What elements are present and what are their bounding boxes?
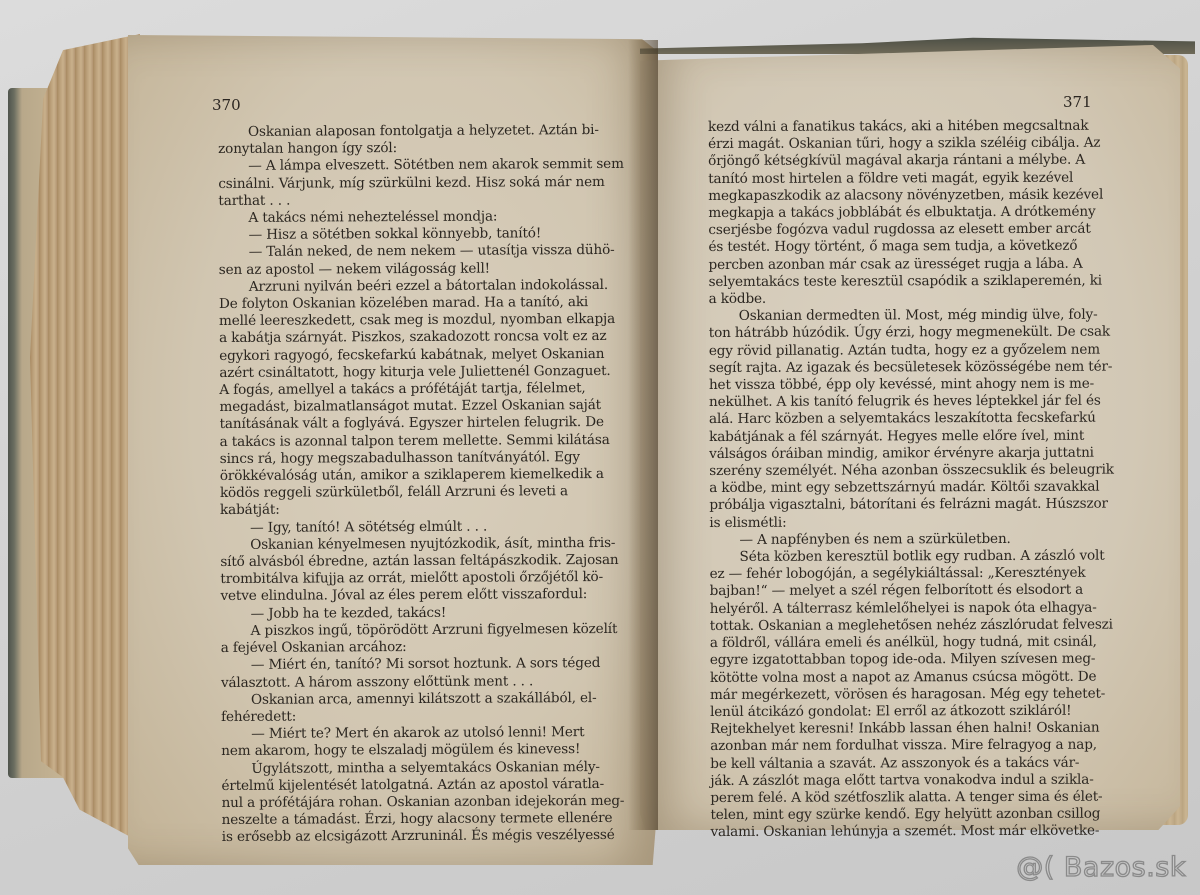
text-line: A takács némi neheztelés­sel mondja: [218,208,638,227]
text-line: — Talán neked, de nem nekem — utasítja v… [219,242,639,261]
text-line: és testét. Hogy történt, ő maga sem tudj… [708,238,1100,257]
text-line: megkapaszkodik az alacsony növényzetben,… [708,186,1100,205]
text-line: Oskanian kényelmesen nyujtózkodik, ásít,… [220,535,640,554]
text-line: kabátjának a fél szárnyát. Hegyes melle … [709,427,1101,446]
text-line: lenül átcikázó gondolat: El erről az átk… [710,703,1102,722]
text-line: selyemtakács teste keresztül csapódik a … [709,272,1101,291]
text-line: a ködbe, mint egy sebzettszárnyú madár. … [709,479,1101,498]
text-line: vetve elindulna. Jóval az éles perem elő… [220,586,640,605]
text-line: sítő alvásból ébredne, aztán lassan felt… [220,552,640,571]
text-line: tottak. Oskanian a meglehetősen nehéz zá… [710,617,1102,636]
text-line: a ködbe. [709,290,1101,309]
text-line: egyre izgatottabban topog ide-oda. Milye… [710,651,1102,670]
text-line: érzi magát. Oskanian tűri, hogy a szikla… [708,135,1100,154]
text-line: neszelte a támadást. Érzi, hogy alacsony… [222,810,642,829]
bazos-watermark: @( Bazos.sk [1016,852,1186,883]
text-line: — A napfényben és nem a szürkületben. [709,531,1101,550]
text-line: percben azonban már csak az ürességet ru… [708,255,1100,274]
text-line: ton hátrább húzódik. Úgy érzi, hogy megm… [709,324,1101,343]
text-line: a kabátja szárnyát. Piszkos, szakadozott… [219,328,639,347]
text-line: azért csináltatott, hogy kiturja vele Ju… [219,363,639,382]
open-book-photo: 370 371 Oskanian alaposan fontolgatja a … [0,0,1200,895]
text-line: tanításának vált a foglyává. Egyszer hir… [220,414,640,433]
text-line: próbálja vigasztalni, bátorítani és felr… [709,496,1101,515]
text-line: valami. Oskanian lehúnyja a szemét. Most… [710,823,1102,842]
text-line: kötötte volna most a napot az Amanus csú… [710,668,1102,687]
text-line: fehéredett: [221,707,641,726]
text-line: a fejével Oskanian arcához: [221,638,641,657]
text-line: be kell váltania a szavát. Az asszonyok … [710,754,1102,773]
text-line: — A lámpa elveszett. Sötétben nem akarok… [218,156,638,175]
text-line: csinálni. Várjunk, míg szürkülni kezd. H… [218,173,638,192]
text-line: sincs rá, hogy megszabadulhasson tanítvá… [220,449,640,468]
text-line: bajban!“ — melyet a szél régen felboríto… [710,582,1102,601]
text-line: a takács is azonnal talpon terem mellett… [220,431,640,450]
text-line: is erősebb az elcsigázott Arzruninál. És… [222,827,642,846]
text-line: — Jobb ha te kezded, takács! [221,603,641,622]
text-line: megadást, bizalmatlanságot mutat. Ezzel … [219,397,639,416]
text-line: Séta közben keresztül botlik egy rudban.… [710,548,1102,567]
text-line: kabátját: [220,500,640,519]
right-page-number: 371 [1063,93,1092,111]
text-line: Úgylátszott, mintha a selyemtakács Oskan… [221,758,641,777]
text-line: trombitálva kifujja az orrát, mielőtt ap… [220,569,640,588]
text-line: Oskanian alaposan fontolgatja a helyzete… [218,122,638,141]
text-line: örökkévalóság után, amikor a sziklaperem… [220,466,640,485]
text-line: — Igy, tanító! A sötétség elmúlt . . . [220,517,640,536]
text-line: ködös reggeli szürkületből, feláll Arzru… [220,483,640,502]
text-line: A piszkos ingű, töpörödött Arzruni figye… [221,621,641,640]
text-line: tarthat . . . [218,191,638,210]
text-line: választott. A három asszony előttünk men… [221,672,641,691]
text-line: azonban már nem fordulhat vissza. Mire f… [710,737,1102,756]
text-line: szerény személyét. Néha azonban összecsu… [709,462,1101,481]
text-line: De folyton Oskanian közelében marad. Ha … [219,294,639,313]
text-line: Arzruni nyilván beéri ezzel a bátortalan… [219,277,639,296]
text-line: mellé leereszkedett, csak meg is mozdul,… [219,311,639,330]
text-line: kezd válni a fanatikus takács, aki a hit… [708,118,1100,137]
text-line: zonytalan hangon így szól: [218,139,638,158]
text-line: a földről, vállára emeli és anélkül, hog… [710,634,1102,653]
text-line: értelmű kijelentését latolgatná. Aztán a… [221,776,641,795]
text-line: válságos óráiban mindig, amikor érvényre… [709,444,1101,463]
text-line: Oskanian dermedten ül. Most, még mindig … [709,307,1101,326]
left-page-stack [30,34,140,842]
text-line: megkapja a takács jobblábát és elbuktatj… [708,204,1100,223]
text-line: ják. A zászlót maga előtt tartva vonakod… [710,771,1102,790]
left-page-number: 370 [212,96,241,114]
right-page-text: kezd válni a fanatikus takács, aki a hit… [708,118,1103,842]
text-line: telen, mint egy szürke kendő. Egy helyüt… [710,806,1102,825]
text-line: őrjöngő kétségkívül magával akarja ránta… [708,152,1100,171]
text-line: egykori ragyogó, fecskefarkú kabátnak, m… [219,345,639,364]
text-line: het vissza többé, épp oly kevéssé, mint … [709,376,1101,395]
text-line: cserjésbe fogózva vadul rugdossa az eles… [708,221,1100,240]
text-line: már megérkezett, vörösen és haragosan. M… [710,685,1102,704]
text-line: nekülhet. A kis tanító felugrik és heves… [709,393,1101,412]
text-line: A fogás, amellyel a takács a prófétáját … [219,380,639,399]
text-line: is elismétli: [709,513,1101,532]
text-line: tanító most hirtelen a földre veti magát… [708,169,1100,188]
left-page-text: Oskanian alaposan fontolgatja a helyzete… [218,122,642,847]
text-line: perem felé. A köd szétfoszlik alatta. A … [710,789,1102,808]
text-line: — Miért én, tanító? Mi sorsot hoztunk. A… [221,655,641,674]
text-line: helyéről. A tálterrasz kémlelőhelyei is … [710,599,1102,618]
text-line: nul a prófétájára rohan. Oskanian azonba… [222,793,642,812]
text-line: — Miért te? Mert én akarok az utolsó len… [221,724,641,743]
text-line: Rejtekhelyet keresni! Inkább lassan éhen… [710,720,1102,739]
text-line: egy rövid pillanatig. Aztán tudta, hogy … [709,341,1101,360]
text-line: Oskanian arca, amennyi kilátszott a szak… [221,689,641,708]
text-line: nem akarom, hogy te elszaladj mögülem és… [221,741,641,760]
text-line: alá. Harc közben a selyemtakács leszakít… [709,410,1101,429]
text-line: — Hisz a sötétben sokkal könnyebb, tanít… [219,225,639,244]
text-line: sen az apostol — nekem világosság kell! [219,259,639,278]
text-line: ez — fehér lobogóján, a segélykiáltással… [710,565,1102,584]
text-line: segít rajta. Az igazak és becsületesek k… [709,358,1101,377]
